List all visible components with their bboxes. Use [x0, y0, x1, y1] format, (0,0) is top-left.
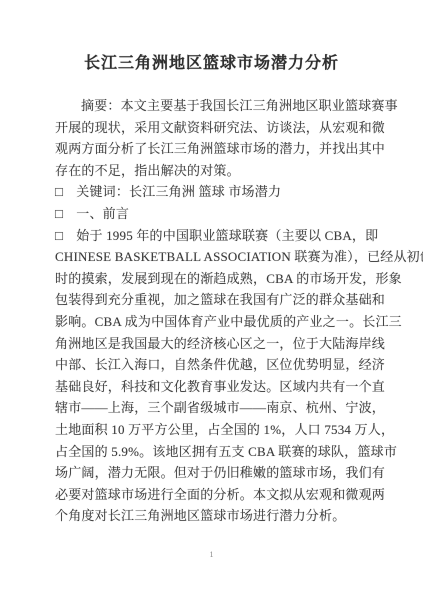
- body-line: 占全国的 5.9%。该地区拥有五支 CBA 联赛的球队，篮球市: [55, 441, 375, 463]
- body-line: 时的摸索，发展到现在的渐趋成熟，CBA 的市场开发，形象: [55, 268, 375, 290]
- body-line: 场广阔，潜力无限。但对于仍旧稚嫩的篮球市场，我们有: [55, 462, 375, 484]
- abstract-line: 开展的现状，采用文献资料研究法、访谈法，从宏观和微: [55, 117, 375, 139]
- body-line: 辖市——上海，三个副省级城市——南京、杭州、宁波，: [55, 397, 375, 419]
- section-heading-preface: □ 一、前言: [55, 203, 375, 225]
- abstract-line: 存在的不足，指出解决的对策。: [55, 160, 375, 182]
- body-line: 个角度对长江三角洲地区篮球市场进行潜力分析。: [55, 505, 375, 527]
- abstract-line: 观两方面分析了长江三角洲篮球市场的潜力，并找出其中: [55, 138, 375, 160]
- body-line: 角洲地区是我国最大的经济核心区之一，位于大陆海岸线: [55, 333, 375, 355]
- body-line: 影响。CBA 成为中国体育产业中最优质的产业之一。长江三: [55, 311, 375, 333]
- body-line: 包装得到充分重视，加之篮球在我国有广泛的群众基础和: [55, 289, 375, 311]
- page-number: 1: [0, 549, 423, 561]
- document-page: 长江三角洲地区篮球市场潜力分析 摘要：本文主要基于我国长江三角洲地区职业篮球赛事…: [0, 0, 423, 600]
- body-line: 基础良好，科技和文化教育事业发达。区域内共有一个直: [55, 376, 375, 398]
- body-line: □ 始于 1995 年的中国职业篮球联赛（主要以 CBA，即: [55, 225, 375, 247]
- document-title: 长江三角洲地区篮球市场潜力分析: [0, 50, 423, 73]
- body-line: 必要对篮球市场进行全面的分析。本文拟从宏观和微观两: [55, 484, 375, 506]
- body-line: CHINESE BASKETBALL ASSOCIATION 联赛为准），已经从…: [55, 246, 375, 268]
- body-line: 中部、长江入海口，自然条件优越，区位优势明显，经济: [55, 354, 375, 376]
- abstract-line: 摘要：本文主要基于我国长江三角洲地区职业篮球赛事: [55, 95, 375, 117]
- document-content: 摘要：本文主要基于我国长江三角洲地区职业篮球赛事 开展的现状，采用文献资料研究法…: [55, 95, 375, 527]
- body-line: 土地面积 10 万平方公里，占全国的 1%，人口 7534 万人，: [55, 419, 375, 441]
- keywords-line: □ 关键词：长江三角洲 篮球 市场潜力: [55, 181, 375, 203]
